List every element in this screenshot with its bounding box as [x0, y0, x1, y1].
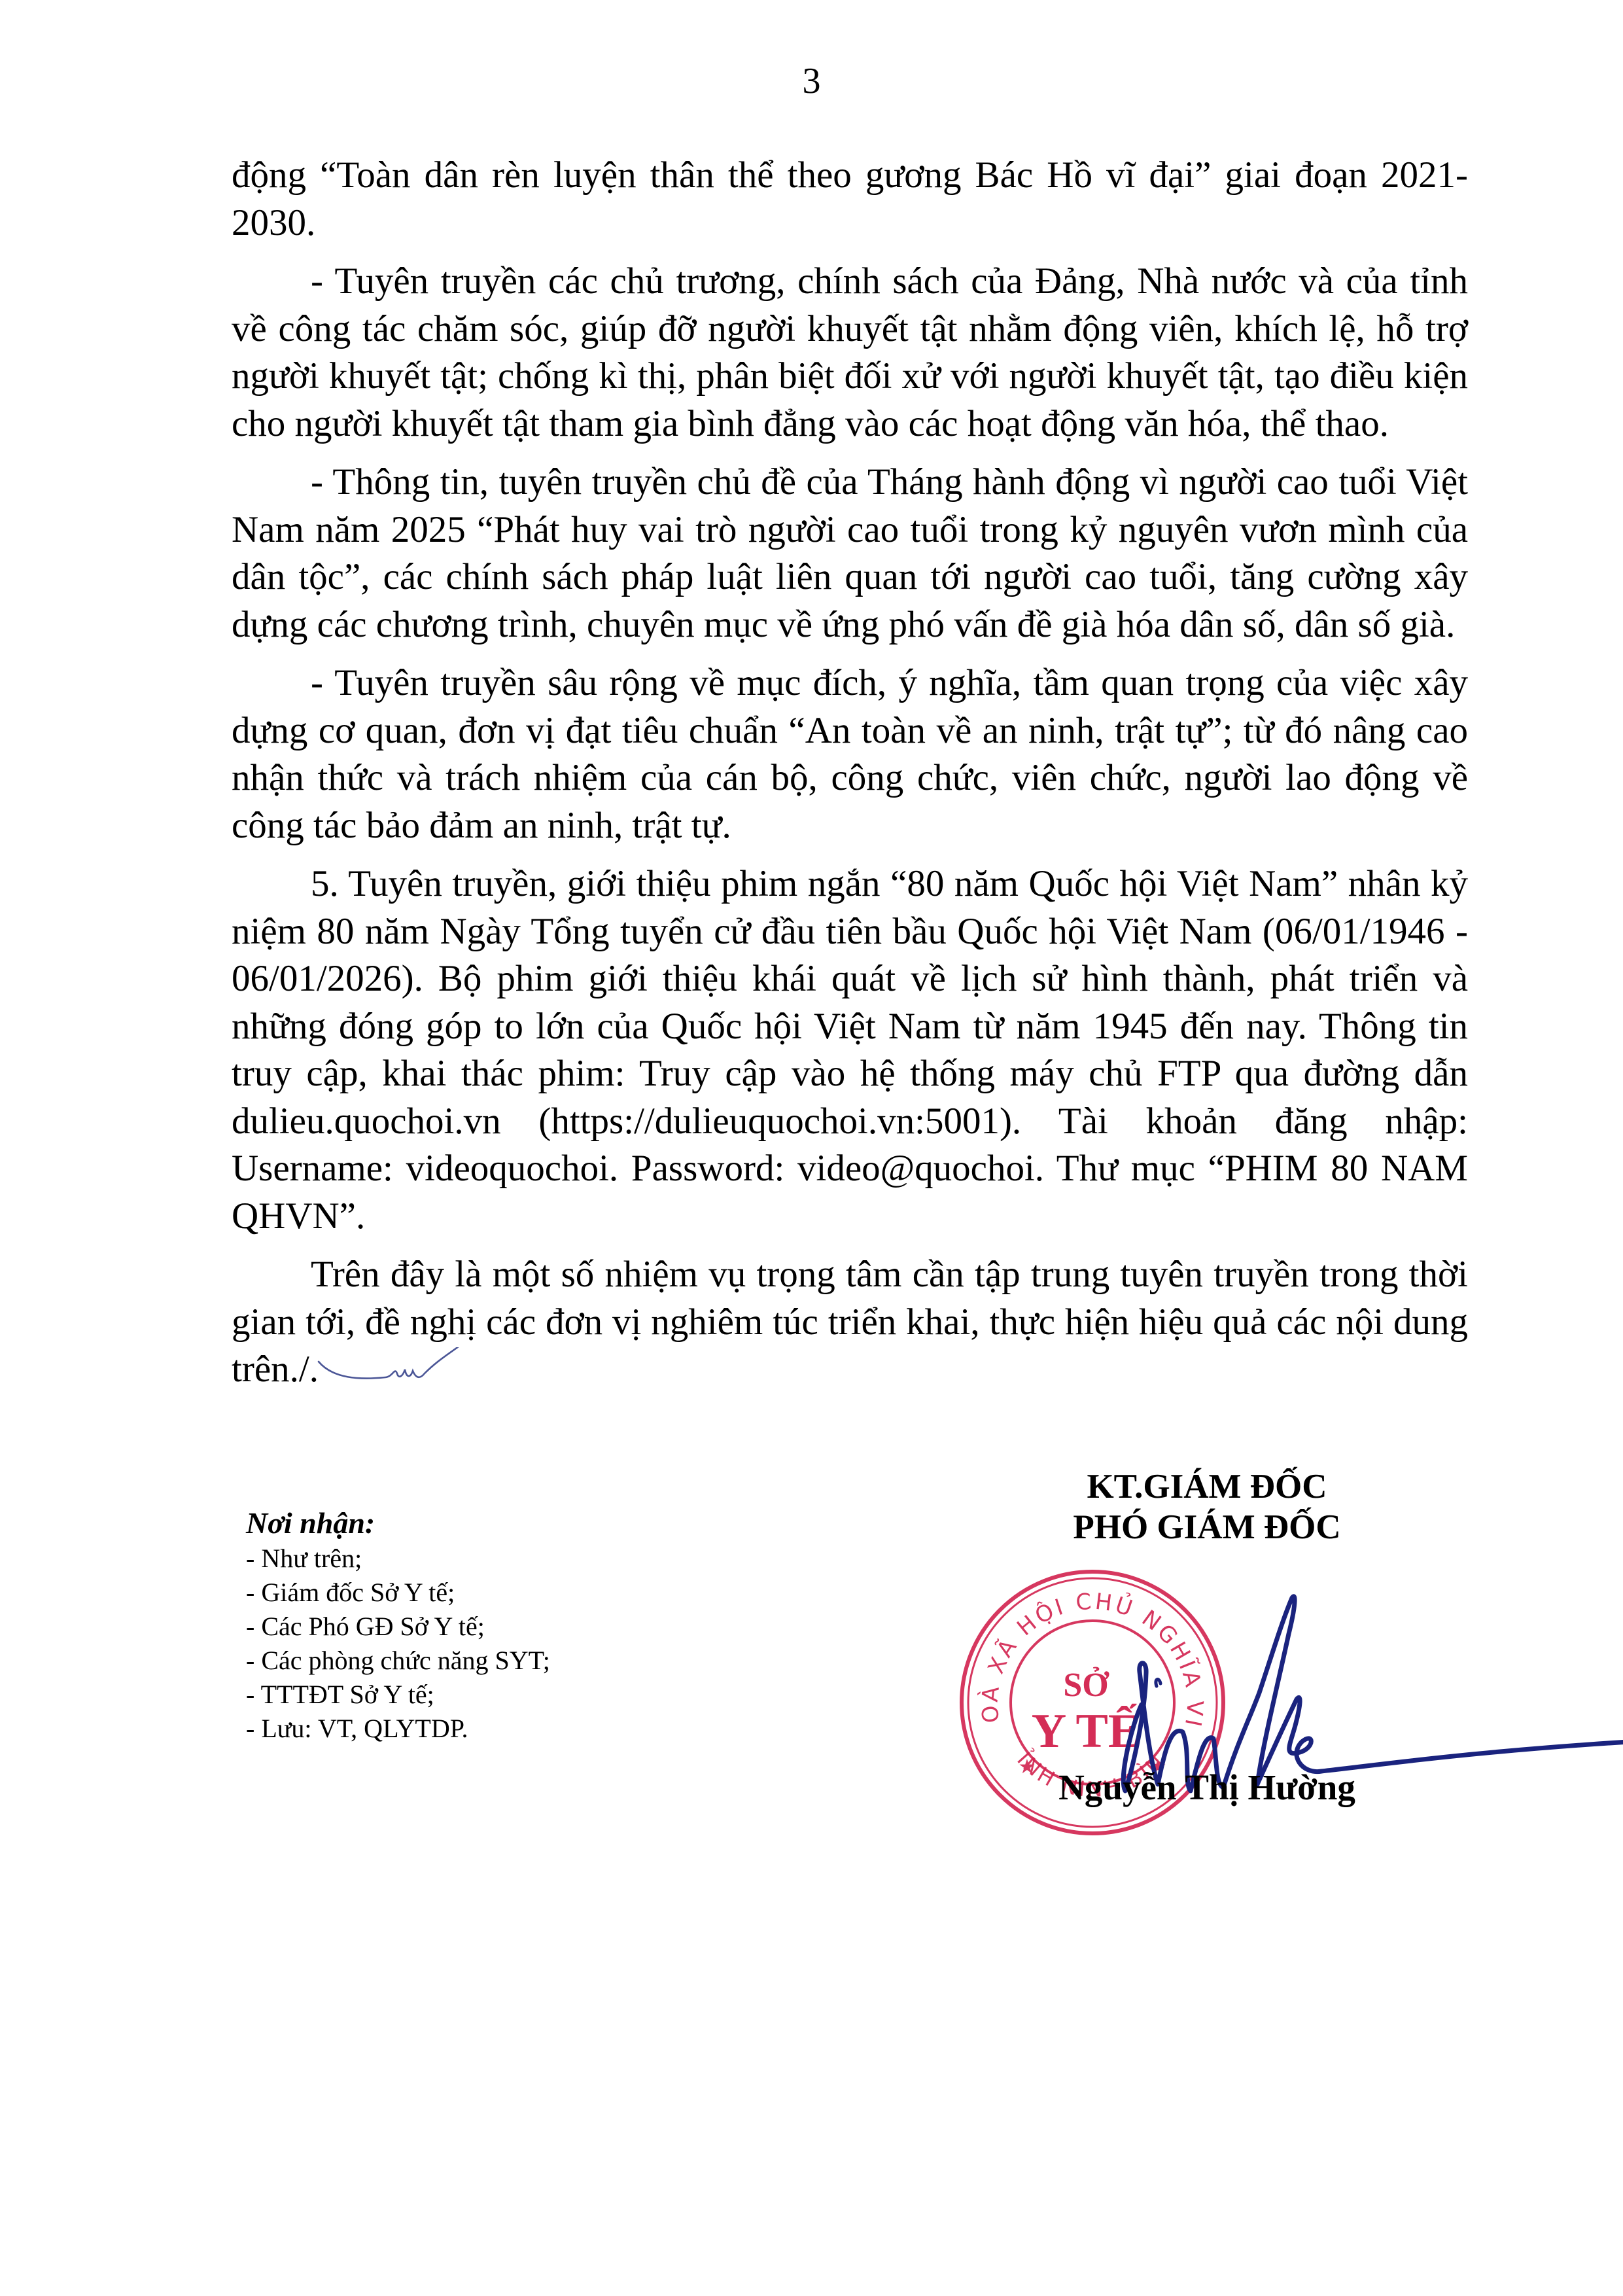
signer-name: Nguyễn Thị Hường	[942, 1767, 1472, 1809]
recipient-item: - Các Phó GĐ Sở Y tế;	[246, 1610, 835, 1644]
signer-position: PHÓ GIÁM ĐỐC	[942, 1508, 1472, 1547]
recipient-item: - Các phòng chức năng SYT;	[246, 1644, 835, 1678]
paragraph: 5. Tuyên truyền, giới thiệu phim ngắn “8…	[232, 860, 1468, 1240]
recipient-item: - Giám đốc Sở Y tế;	[246, 1576, 835, 1610]
closing-paragraph: Trên đây là một số nhiệm vụ trọng tâm cầ…	[232, 1251, 1468, 1394]
recipient-item: - Lưu: VT, QLYTDP.	[246, 1712, 835, 1746]
recipients-list: - Như trên; - Giám đốc Sở Y tế; - Các Ph…	[246, 1542, 835, 1746]
recipient-item: - TTTĐT Sở Y tế;	[246, 1678, 835, 1712]
signer-authority: KT.GIÁM ĐỐC	[942, 1467, 1472, 1506]
closing-last-word: trên./.	[232, 1349, 319, 1390]
recipients-title: Nơi nhận:	[246, 1505, 835, 1542]
paragraph: - Tuyên truyền sâu rộng về mục đích, ý n…	[232, 660, 1468, 849]
signature-block: KT.GIÁM ĐỐC PHÓ GIÁM ĐỐC CỘNG HOÀ XÃ HỘI…	[942, 1467, 1472, 1833]
handwritten-initial-icon	[313, 1347, 470, 1386]
closing-text: Trên đây là một số nhiệm vụ trọng tâm cầ…	[232, 1254, 1468, 1343]
recipients-block: Nơi nhận: - Như trên; - Giám đốc Sở Y tế…	[246, 1505, 835, 1746]
paragraph: - Tuyên truyền các chủ trương, chính sác…	[232, 258, 1468, 448]
page-number: 3	[0, 60, 1623, 102]
paragraph: động “Toàn dân rèn luyện thân thể theo g…	[232, 152, 1468, 247]
document-body: động “Toàn dân rèn luyện thân thể theo g…	[232, 152, 1468, 1405]
paragraph: - Thông tin, tuyên truyền chủ đề của Thá…	[232, 459, 1468, 648]
svg-text:SỞ: SỞ	[1063, 1666, 1109, 1704]
recipient-item: - Như trên;	[246, 1542, 835, 1576]
